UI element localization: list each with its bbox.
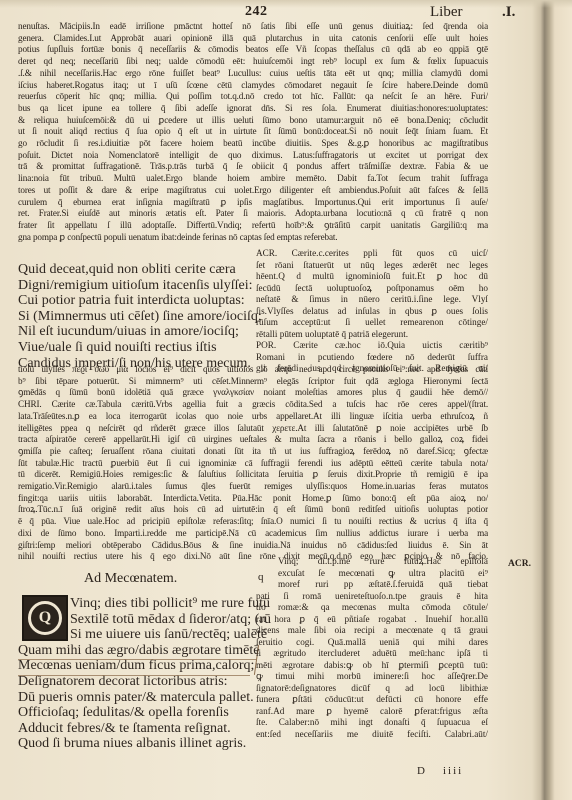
- verse-block-2: Vinq; dies tibi pollicit⁹ me rure futū S…: [18, 596, 271, 752]
- note-line: ſte. Calaber:nō mihi ingt donaſti q̄ ſup…: [256, 717, 488, 729]
- commentary-line: gna pompa ꝑ conſpectū populi uenatum iba…: [18, 232, 488, 244]
- note-line: ſeruitio cogi. Quā.mallā ueniā qui mihi …: [256, 637, 488, 649]
- pen-underline: [18, 675, 250, 676]
- commentary-line: nenuſtas. Mācipiis.In eadē irriſione pmā…: [18, 21, 488, 33]
- note-line: hēent.Q d multū ignominioſū fuit.Et ꝑ ho…: [256, 271, 488, 283]
- running-header: 242 Liber .I.: [0, 2, 540, 22]
- verse-block-1: Quid deceat,quid non obliti cerite cæra …: [18, 262, 262, 371]
- commentary-line: ſūt tabulæ.Hic tractū ꝑuerbiū ēut ſi cui…: [18, 458, 488, 470]
- commentary-line: b⁹ ſibi tēpare potuerūt. Si mimnerm⁹ uti…: [18, 376, 488, 388]
- commentary-line: remigatio.Vir.Remigio alarū.i.tales ſumu…: [18, 481, 488, 493]
- running-title: Liber: [430, 4, 462, 21]
- verse-line: Sextilē totū mēdax d ſideror/atq; (rū: [18, 612, 271, 628]
- commentary-line: giſtri:ſemp meliori obtēperabo Cādidus.B…: [18, 540, 488, 552]
- note-line: ſet rōani ſtatuerūt ut nūq leges æderēt …: [256, 260, 488, 272]
- commentary-line: bus qa licet ipune ea tollere q̄ ſibi ad…: [18, 103, 488, 115]
- note-line: funera ꝑſtāti cōducūt:ut defūcti cū hono…: [256, 694, 488, 706]
- commentary-line: ret. Frater.Si eiuſdē aut minoris ætatis…: [18, 208, 488, 220]
- note-line: neſtatē & ſimus in nūero ceritū.i.ſine l…: [256, 294, 488, 306]
- note-line: ſi ægritudo itercluderet aduētū meū:hanc…: [256, 648, 488, 660]
- commentary-line: ꝯmēdās q ſūmū bonū idolētiā quā græce γν…: [18, 387, 488, 399]
- note-line: rat hora ꝑ q̄ eū pñtiaſe rogabat . Inueh…: [256, 614, 488, 626]
- folio-number: 242: [245, 4, 268, 20]
- book-number: .I.: [502, 4, 515, 21]
- note-line: excuſat ſe mecœnati ꝙ ultra placitū ei⁹: [256, 568, 488, 580]
- note-line: pati ſi romā uenireteſtuoſo.n.tpe grauis…: [256, 591, 488, 603]
- commentary-line: iſcius haberet.Rogatus itaq; ut ī uſū ſc…: [18, 80, 488, 92]
- commentary-line: poſuit. Dictet noia Nomenclatorē intelli…: [18, 150, 488, 162]
- signature-letter: D: [417, 765, 425, 777]
- verse-line: Si (Mimnermus uti cēſet) ſine amore/ioci…: [18, 309, 262, 325]
- commentary-line: dixi de ſūmo bono. Imparti.i.redde me pa…: [18, 528, 488, 540]
- note-line: POR. Cærite cæ.hoc iō.Quia uictis cæriti…: [256, 340, 488, 352]
- note-line: rētalli pūtem uoluptatē q̄ patriā eleger…: [256, 329, 488, 341]
- note-line: rūſum acceptū:ut ſi uellet remearenon cō…: [256, 317, 488, 329]
- note-line: Romani in pcutiendo fœdere nō dederūt ſu…: [256, 352, 488, 364]
- commentary-line: lata.Trāſeūtes.n.ꝑ ea loca iterrogarūt i…: [18, 411, 488, 423]
- commentary-line: potius ſupſluis fortūæ bonis q̄ neceſſar…: [18, 44, 488, 56]
- note-line: ent:ſed neceſſariis me diuitē feciſti. C…: [256, 729, 488, 741]
- verse-line: Quod ſi bruma niues albanis illinet agri…: [18, 736, 271, 752]
- verse-line: Nil eſt iucundum/uiuas in amore/iociſq;: [18, 324, 262, 340]
- verse-line: Quam mihi das ægro/dabis ægrotare timētē: [18, 643, 271, 659]
- note-line: mēti ægrotare dabis:ꝙ ob hī ꝑtermiſi ꝑce…: [256, 660, 488, 672]
- verse-line: Adducit febres/& te ſtamenta reſignat.: [18, 721, 271, 737]
- commentary-line: curulem q̄ eburnea erat inſignia magiſtr…: [18, 197, 488, 209]
- signature-number: iiii: [443, 765, 463, 777]
- pen-underline: [18, 659, 256, 660]
- note-line: ACR. Cærite.c.cerites ppli fūt quos cū u…: [256, 248, 488, 260]
- verse-line: Deſignatorem decorat lictoribus atris:: [18, 674, 271, 690]
- verse-line: Cui potior patria fuit interdicta uolupt…: [18, 293, 262, 309]
- verse-line: Officioſaq; ſedulitas/& opella forenſis: [18, 705, 271, 721]
- commentary-line: fingit:qa uariis uitiis laborabāt. Inter…: [18, 493, 488, 505]
- commentary-line: itelligētes ppea q neſcirēt qd rñderēt g…: [18, 423, 488, 435]
- note-line: dicens male ſibi oia recipi a mecœnate q…: [256, 625, 488, 637]
- commentary-line: tracta aſpiratōe cererē appellarūt.Hi ig…: [18, 434, 488, 446]
- poem-title: Ad Mecœnatem.: [84, 571, 177, 587]
- commentary-line: lina:noia fūt tribuū. Multū ualet.Ergo b…: [18, 173, 488, 185]
- commentary-line: go rōcludit ſi res.i.diuitiæ pōt facere …: [18, 138, 488, 150]
- note-line: ſecūdū ſectā uoluptuoſoꝝ poſtponamus oēm…: [256, 283, 488, 295]
- note-line: ranf.Ad mare ꝑ hyemē calorē ꝑferat:frigu…: [256, 706, 488, 718]
- commentary-line: reuerſus cōperit hīc qnq; millia. Qui po…: [18, 91, 488, 103]
- note-line: ſignatorē:deſignatores dicūf q ad locū l…: [256, 683, 488, 695]
- commentary-line: tū dicerēt. Remigiū.Hoies remiges:ſic & …: [18, 469, 488, 481]
- right-notes-1: ACR. Cærite.c.cerites ppli fūt quos cū u…: [256, 248, 488, 375]
- right-notes-2: Vinq; di.t.p.me rure futuꝝ.Hac epiſtola …: [256, 556, 488, 740]
- commentary-line: genera. Clamides.I.ut Approbāt auari opi…: [18, 33, 488, 45]
- verse-line: Digni/remigium uitioſum itacenſis ulyſſe…: [18, 278, 262, 294]
- commentary-line: ut ſi nouit aliqd rectius q̄ ſua opio q̄…: [18, 126, 488, 138]
- commentary-line: ꝯmiſſa pie caſteq; ſeruaſſent rōana ciui…: [18, 446, 488, 458]
- verse-line: Si me uiuere uis ſanū/rectēq; ualētē: [18, 627, 271, 643]
- note-line: ſis.Vlyſſes delatus ad inſulas in qbus ꝑ…: [256, 306, 488, 318]
- commentary-top: nenuſtas. Mācipiis.In eadē irriſione pmā…: [18, 21, 488, 243]
- note-line: Vinq; di.t.p.me rure futuꝝ.Hac epiſtola: [256, 556, 488, 568]
- commentary-line: & reliqua huiuſcemōi:& dū ui ꝑcedere ut …: [18, 115, 488, 127]
- note-line: tio romæ:& qa mecœnas multa cōmoda cōtul…: [256, 602, 488, 614]
- commentary-line: frater ſit appellatu ſ illū adoptaſſe. D…: [18, 220, 488, 232]
- verse-line: Viue/uale ſi quid nouiſti rectius iſtis: [18, 340, 262, 356]
- commentary-line: tores ut poſſit & dare & eripe magiſtrat…: [18, 185, 488, 197]
- verse-line: Mecœnas ueniam/dum ficus prima,calorq;: [18, 658, 271, 674]
- commentary-line: CHRI. Cærite cæ.Tabula cæritū.Vrbs agell…: [18, 399, 488, 411]
- verse-line: Quid deceat,quid non obliti cerite cæra: [18, 262, 262, 278]
- verse-line: Dū pueris omnis pater/& matercula pallet…: [18, 690, 271, 706]
- verse-line: Vinq; dies tibi pollicit⁹ me rure futū: [18, 596, 271, 612]
- note-line: moref ruri pp æſtatē.ſ.feruidā quā tieba…: [256, 579, 488, 591]
- note-line: ꝙ timui mihi morbū iminere:ſi hoc aſſeq̄…: [256, 671, 488, 683]
- commentary-line: ſtroꝝ.Tūc.n.ī ſuā originē redit aīus hoi…: [18, 504, 488, 516]
- commentary-line: ē q̄ pūa. Viue uale.Hoc ad pricipiū epiſ…: [18, 516, 488, 528]
- commentary-line: tioſū ulyſſes πεϱὶ ϑωῦ μία ſocios ei⁹ di…: [18, 364, 488, 376]
- commentary-line: .ſ.& nihil neceſſariis.Hac ergo rōne fui…: [18, 68, 488, 80]
- book-page: 242 Liber .I. nenuſtas. Mācipiis.In eadē…: [0, 0, 572, 800]
- commentary-middle: tioſū ulyſſes πεϱὶ ϑωῦ μία ſocios ei⁹ di…: [18, 364, 488, 563]
- commentary-line: deret qd neq; neceſſariū ſibi neq; ualde…: [18, 56, 488, 68]
- marginal-note-acr: ACR.: [508, 559, 531, 569]
- commentary-line: trā & promittat ſuffragationē. Trās.p.tr…: [18, 161, 488, 173]
